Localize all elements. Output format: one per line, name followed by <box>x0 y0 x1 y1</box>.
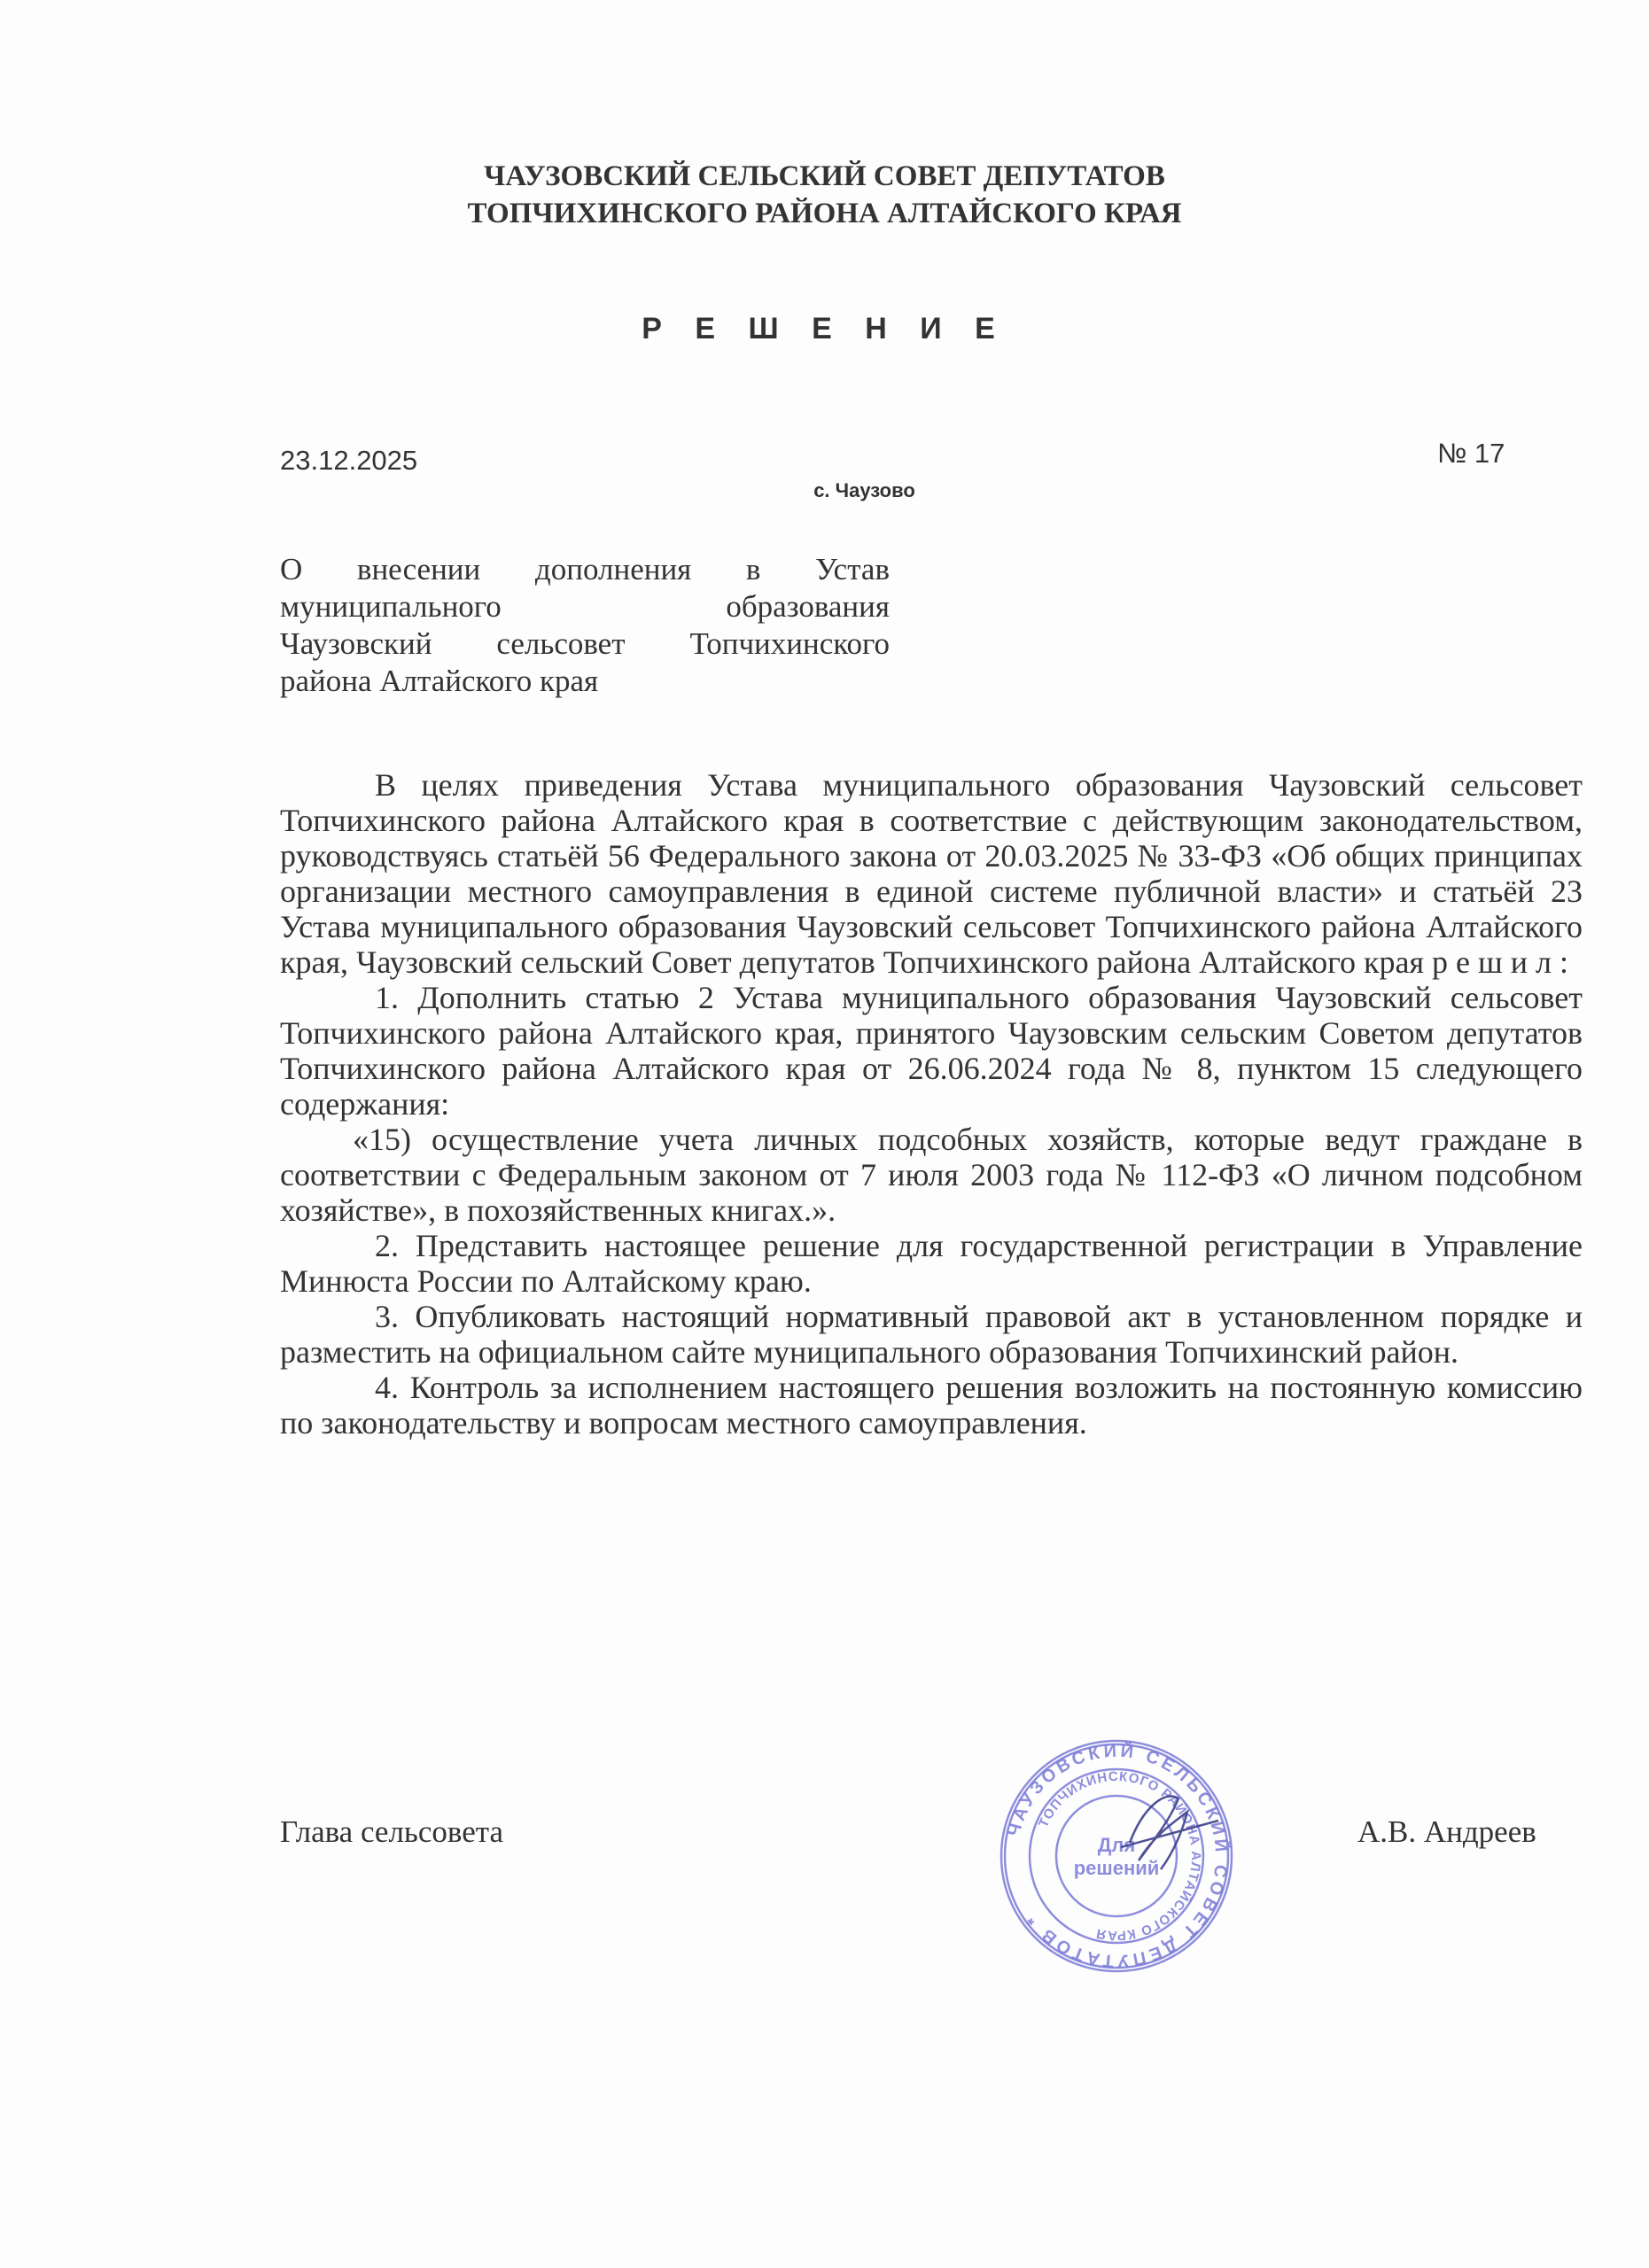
document-subject: О внесении дополнения в Устав муниципаль… <box>280 551 890 700</box>
item-1-quote-paragraph: «15) осуществление учета личных подсобны… <box>280 1122 1583 1228</box>
document-number: № 17 <box>1437 438 1505 470</box>
issuer-line-2: ТОПЧИХИНСКОГО РАЙОНА АЛТАЙСКОГО КРАЯ <box>0 195 1649 232</box>
official-stamp-icon: ЧАУЗОВСКИЙ СЕЛЬСКИЙ СОВЕТ ДЕПУТАТОВ * ТО… <box>997 1736 1236 1976</box>
item-1-paragraph: 1. Дополнить статью 2 Устава муниципальн… <box>280 980 1583 1122</box>
issuer-line-1: ЧАУЗОВСКИЙ СЕЛЬСКИЙ СОВЕТ ДЕПУТАТОВ <box>0 158 1649 195</box>
item-2-paragraph: 2. Представить настоящее решение для гос… <box>280 1228 1583 1299</box>
subject-line: Чаузовский сельсовет Топчихинского <box>280 625 890 663</box>
signatory-name: А.В. Андреев <box>1357 1814 1536 1850</box>
stamp-center-line-2: решений <box>1074 1857 1160 1879</box>
document-page: ЧАУЗОВСКИЙ СЕЛЬСКИЙ СОВЕТ ДЕПУТАТОВ ТОПЧ… <box>0 0 1649 2268</box>
item-3-paragraph: 3. Опубликовать настоящий нормативный пр… <box>280 1299 1583 1370</box>
document-title: Р Е Ш Е Н И Е <box>0 312 1649 346</box>
subject-line: О внесении дополнения в Устав <box>280 551 890 588</box>
preamble-paragraph: В целях приведения Устава муниципального… <box>280 767 1583 980</box>
subject-line: района Алтайского края <box>280 663 890 700</box>
document-date: 23.12.2025 <box>280 445 417 477</box>
signatory-position: Глава сельсовета <box>280 1814 503 1850</box>
subject-line: муниципального образования <box>280 588 890 625</box>
document-body: В целях приведения Устава муниципального… <box>280 767 1583 1441</box>
document-place: с. Чаузово <box>0 479 1649 502</box>
issuer-header: ЧАУЗОВСКИЙ СЕЛЬСКИЙ СОВЕТ ДЕПУТАТОВ ТОПЧ… <box>0 158 1649 232</box>
item-4-paragraph: 4. Контроль за исполнением настоящего ре… <box>280 1370 1583 1441</box>
